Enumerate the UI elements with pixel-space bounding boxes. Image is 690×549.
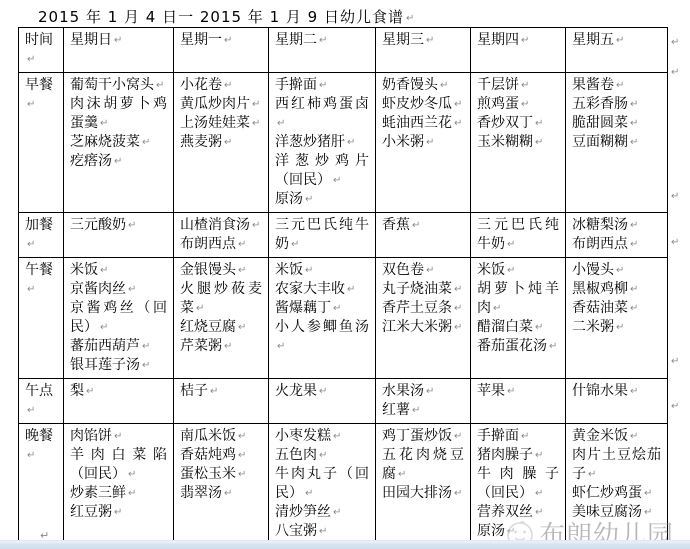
row-morning-snack: 加餐 三元酸奶 山楂消食汤布朗西点 三元巴氏纯牛奶 香蕉 三元巴氏纯牛奶 冰糖梨… — [19, 213, 668, 258]
menu-cell: 黄金米饭肉片土豆烩茄子虾仁炒鸡蛋美味豆腐汤 — [566, 424, 668, 549]
dish-item: 蚝油西兰花 — [382, 114, 464, 133]
menu-cell: 千层饼煎鸡蛋香炒双丁玉米糊糊 — [471, 73, 566, 213]
dish-item: 火腿炒莜麦菜 — [180, 280, 262, 318]
dish-item: 洋葱炒鸡片（回民） — [275, 152, 369, 190]
dish-item: 八宝粥 — [275, 522, 369, 541]
dish-item: 豆面糊糊 — [572, 133, 661, 152]
dish-item: 羊肉白菜陷（回民） — [70, 446, 167, 484]
dish-item: 五彩香肠 — [572, 95, 661, 114]
row-label: 午点 — [25, 383, 53, 418]
dish-item: 桔子 — [180, 382, 262, 401]
menu-cell: 火龙果 — [269, 379, 376, 424]
dish-item: 水果汤 — [382, 382, 464, 401]
dish-item: 煎鸡蛋 — [477, 95, 559, 114]
dish-item: 京酱肉丝 — [70, 280, 167, 299]
dish-item: 肉馅饼 — [70, 427, 167, 446]
dish-item: 酱爆藕丁 — [275, 299, 369, 318]
dish-item: 上汤娃娃菜 — [180, 114, 262, 133]
paragraph-mark — [671, 230, 679, 249]
menu-cell: 三元巴氏纯牛奶 — [471, 213, 566, 258]
row-label-lunch: 午餐 — [19, 258, 64, 379]
dish-item: 肉片土豆烩茄子 — [572, 446, 661, 484]
dish-item: 奶香馒头 — [382, 76, 464, 95]
table-header-row: 时间 星期日 星期一 星期二 星期三 星期四 星期五 — [19, 28, 668, 73]
header-label: 星期日 — [70, 32, 122, 48]
menu-cell: 金银馒头火腿炒莜麦菜红烧豆腐芹菜粥 — [174, 258, 269, 379]
dish-item: 火龙果 — [275, 382, 369, 401]
document-title: 2015 年 1 月 4 日一 2015 年 1 月 9 日幼儿食谱 — [38, 6, 415, 27]
row-label-afternoon: 午点 — [19, 379, 64, 424]
dish-item: 虾仁炒鸡蛋 — [572, 484, 661, 503]
header-cell-monday: 星期一 — [174, 28, 269, 73]
dish-item: 农家大丰收 — [275, 280, 369, 299]
menu-cell: 小花卷黄瓜炒肉片上汤娃娃菜燕麦粥 — [174, 73, 269, 213]
dish-item: 红豆粥 — [70, 503, 167, 522]
row-label: 晚餐 — [25, 428, 53, 463]
dish-item: 冰糖梨汤 — [572, 216, 661, 235]
row-label: 午餐 — [25, 262, 53, 297]
header-label: 星期三 — [382, 32, 434, 48]
dish-item: 五色肉 — [275, 446, 369, 465]
dish-item: 原汤 — [275, 190, 369, 209]
menu-cell: 米饭农家大丰收酱爆藕丁小人参鲫鱼汤 — [269, 258, 376, 379]
menu-cell: 山楂消食汤布朗西点 — [174, 213, 269, 258]
dish-item: 黄金米饭 — [572, 427, 661, 446]
dish-item: 美味豆腐汤 — [572, 503, 661, 522]
menu-cell: 鸡丁蛋炒饭五花肉烧豆腐田园大排汤 — [376, 424, 471, 549]
menu-cell: 果酱卷五彩香肠脆甜圆菜豆面糊糊 — [566, 73, 668, 213]
dish-item: 胡萝卜炖羊肉 — [477, 280, 559, 318]
dish-item: 银耳莲子汤 — [70, 356, 167, 375]
dish-item: 原汤 — [477, 522, 559, 541]
dish-item: 米饭 — [70, 261, 167, 280]
header-cell-wednesday: 星期三 — [376, 28, 471, 73]
dish-item: 梨 — [70, 382, 167, 401]
dish-item: 翡翠汤 — [180, 484, 262, 503]
paragraph-mark — [671, 349, 679, 368]
dish-item: 红薯 — [382, 401, 464, 420]
dish-item: 手擀面 — [477, 427, 559, 446]
row-afternoon-snack: 午点 梨 桔子 火龙果 水果汤红薯 苹果 什锦水果 — [19, 379, 668, 424]
header-label: 星期一 — [180, 32, 232, 48]
row-lunch: 午餐 米饭京酱肉丝京酱鸡丝（回民）蕃茄西葫芦银耳莲子汤 金银馒头火腿炒莜麦菜红烧… — [19, 258, 668, 379]
dish-item: 双色卷 — [382, 261, 464, 280]
row-breakfast: 早餐 葡萄干小窝头肉沫胡萝卜鸡蛋羹芝麻烧菠菜疙瘩汤 小花卷黄瓜炒肉片上汤娃娃菜燕… — [19, 73, 668, 213]
dish-item: 江米大米粥 — [382, 318, 464, 337]
menu-cell: 双色卷丸子烧油菜香芹土豆条江米大米粥 — [376, 258, 471, 379]
menu-cell: 香蕉 — [376, 213, 471, 258]
dish-item: 清炒笋丝 — [275, 503, 369, 522]
paragraph-mark — [671, 394, 679, 413]
dish-item: 千层饼 — [477, 76, 559, 95]
menu-cell: 葡萄干小窝头肉沫胡萝卜鸡蛋羹芝麻烧菠菜疙瘩汤 — [64, 73, 174, 213]
dish-item: 手擀面 — [275, 76, 369, 95]
header-cell-tuesday: 星期二 — [269, 28, 376, 73]
header-cell-thursday: 星期四 — [471, 28, 566, 73]
dish-item: 肉沫胡萝卜鸡蛋羹 — [70, 95, 167, 133]
menu-cell: 米饭京酱肉丝京酱鸡丝（回民）蕃茄西葫芦银耳莲子汤 — [64, 258, 174, 379]
dish-item: 黄瓜炒肉片 — [180, 95, 262, 114]
dish-item: 黑椒鸡柳 — [572, 280, 661, 299]
dish-item: 葡萄干小窝头 — [70, 76, 167, 95]
row-label: 早餐 — [25, 77, 53, 112]
dish-item: 西红柿鸡蛋卤 — [275, 95, 369, 133]
dish-item: 米饭 — [275, 261, 369, 280]
dish-item: 小人参鲫鱼汤 — [275, 318, 369, 356]
word-document-page: { "page": { "title": "2015 年 1 月 4 日一 20… — [0, 0, 690, 549]
dish-item: 香菇炖鸡 — [180, 446, 262, 465]
horizontal-scrollbar[interactable] — [0, 540, 690, 549]
dish-item: 洋葱炒猪肝 — [275, 133, 369, 152]
menu-cell: 手擀面西红柿鸡蛋卤洋葱炒猪肝洋葱炒鸡片（回民）原汤 — [269, 73, 376, 213]
paragraph-mark — [671, 60, 679, 79]
header-cell-friday: 星期五 — [566, 28, 668, 73]
paragraph-mark — [671, 184, 679, 203]
header-label: 星期五 — [572, 32, 624, 48]
menu-cell: 奶香馒头虾皮炒冬瓜蚝油西兰花小米粥 — [376, 73, 471, 213]
dish-item: 小馒头 — [572, 261, 661, 280]
dish-item: 芝麻烧菠菜 — [70, 133, 167, 152]
dish-item: 三元巴氏纯牛奶 — [477, 216, 559, 254]
menu-cell: 苹果 — [471, 379, 566, 424]
header-cell-time: 时间 — [19, 28, 64, 73]
dish-item: 猪肉臊子 — [477, 446, 559, 465]
menu-cell: 什锦水果 — [566, 379, 668, 424]
dish-item: 二米粥 — [572, 318, 661, 337]
dish-item: 营养双丝 — [477, 503, 559, 522]
dish-item: 布朗西点 — [180, 235, 262, 254]
header-cell-sunday: 星期日 — [64, 28, 174, 73]
dish-item: 蕃茄西葫芦 — [70, 337, 167, 356]
dish-item: 布朗西点 — [572, 235, 661, 254]
dish-item: 小米粥 — [382, 133, 464, 152]
menu-cell: 小枣发糕五色肉牛肉丸子（回民）清炒笋丝八宝粥 — [269, 424, 376, 549]
row-label-snack: 加餐 — [19, 213, 64, 258]
dish-item: 南瓜米饭 — [180, 427, 262, 446]
dish-item: 玉米糊糊 — [477, 133, 559, 152]
dish-item: 香芹土豆条 — [382, 299, 464, 318]
dish-item: 香蕉 — [382, 216, 464, 235]
dish-item: 香炒双丁 — [477, 114, 559, 133]
dish-item: 三元酸奶 — [70, 216, 167, 235]
dish-item: 鸡丁蛋炒饭 — [382, 427, 464, 446]
menu-cell: 小馒头黑椒鸡柳香菇油菜二米粥 — [566, 258, 668, 379]
menu-cell: 肉馅饼羊肉白菜陷（回民）炒素三鲜红豆粥 — [64, 424, 174, 549]
dish-item: 京酱鸡丝（回民） — [70, 299, 167, 337]
dish-item: 香菇油菜 — [572, 299, 661, 318]
menu-cell: 桔子 — [174, 379, 269, 424]
dish-item: 疙瘩汤 — [70, 152, 167, 171]
dish-item: 田园大排汤 — [382, 484, 464, 503]
menu-cell: 三元酸奶 — [64, 213, 174, 258]
dish-item: 虾皮炒冬瓜 — [382, 95, 464, 114]
header-label: 星期四 — [477, 32, 529, 48]
dish-item: 芹菜粥 — [180, 337, 262, 356]
dish-item: 小枣发糕 — [275, 427, 369, 446]
dish-item: 小花卷 — [180, 76, 262, 95]
dish-item: 红烧豆腐 — [180, 318, 262, 337]
menu-cell: 冰糖梨汤布朗西点 — [566, 213, 668, 258]
dish-item: 什锦水果 — [572, 382, 661, 401]
dish-item: 牛肉臊子（回民） — [477, 465, 559, 503]
menu-table: 时间 星期日 星期一 星期二 星期三 星期四 星期五 早餐 葡萄干小窝头肉沫胡萝… — [18, 27, 668, 549]
menu-cell: 三元巴氏纯牛奶 — [269, 213, 376, 258]
dish-item: 丸子烧油菜 — [382, 280, 464, 299]
dish-item: 脆甜圆菜 — [572, 114, 661, 133]
dish-item: 醋溜白菜 — [477, 318, 559, 337]
header-label: 时间 — [25, 32, 53, 67]
paragraph-mark — [671, 30, 679, 49]
dish-item: 五花肉烧豆腐 — [382, 446, 464, 484]
dish-item: 燕麦粥 — [180, 133, 262, 152]
row-dinner: 晚餐 肉馅饼羊肉白菜陷（回民）炒素三鲜红豆粥 南瓜米饭香菇炖鸡蛋松玉米翡翠汤 小… — [19, 424, 668, 549]
dish-item: 果酱卷 — [572, 76, 661, 95]
dish-item: 苹果 — [477, 382, 559, 401]
dish-item: 炒素三鲜 — [70, 484, 167, 503]
dish-item: 金银馒头 — [180, 261, 262, 280]
dish-item: 米饭 — [477, 261, 559, 280]
menu-cell: 水果汤红薯 — [376, 379, 471, 424]
dish-item: 番茄蛋花汤 — [477, 337, 559, 356]
dish-item: 三元巴氏纯牛奶 — [275, 216, 369, 254]
menu-cell: 米饭胡萝卜炖羊肉醋溜白菜番茄蛋花汤 — [471, 258, 566, 379]
header-label: 星期二 — [275, 32, 327, 48]
row-label-breakfast: 早餐 — [19, 73, 64, 213]
row-label: 加餐 — [25, 217, 53, 252]
menu-cell: 手擀面猪肉臊子牛肉臊子（回民）营养双丝原汤 — [471, 424, 566, 549]
dish-item: 牛肉丸子（回民） — [275, 465, 369, 503]
dish-item: 蛋松玉米 — [180, 465, 262, 484]
dish-item: 山楂消食汤 — [180, 216, 262, 235]
menu-cell: 南瓜米饭香菇炖鸡蛋松玉米翡翠汤 — [174, 424, 269, 549]
menu-cell: 梨 — [64, 379, 174, 424]
